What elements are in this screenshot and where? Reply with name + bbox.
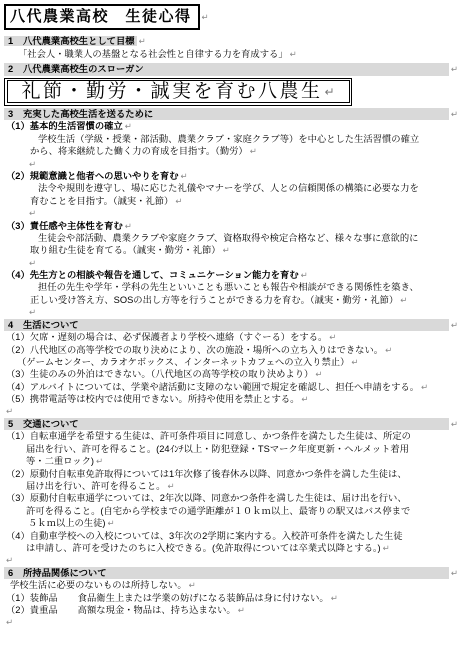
section-heading-bar: 5交通について <box>4 418 449 431</box>
body-text: から、将来継続した働く力の育成を目指す。（勤労） <box>30 146 248 156</box>
body-text: 法令や規則を遵守し、場に応じた礼儀やマナーを学び、人との信頼関係の構築に必要な力… <box>38 183 419 193</box>
paragraph-mark: ↵ <box>107 518 114 528</box>
rule-item: （1）装飾品食品衛生上または学業の妨げになる装飾品は身に付けない。↵ <box>4 592 458 604</box>
item-label: （4） <box>6 270 30 280</box>
paragraph-mark: ↵ <box>6 555 13 565</box>
rule-item: （3）生徒のみの外泊はできない。（八代地区の高等学校の取り決めより）↵ <box>4 368 458 380</box>
rule-text: 欠席・遅刻の場合は、必ず保護者より学校へ連絡（すぐーる）をする。 <box>30 332 328 342</box>
item-label: （2） <box>6 605 30 615</box>
paragraph-mark: ↵ <box>351 357 358 367</box>
paragraph-mark: ↵ <box>238 605 245 615</box>
item-label: （2） <box>6 171 30 181</box>
rule-text: は申請し、許可を受けたのちに入校できる。(免許取得については卒業式以降とする。) <box>26 543 381 553</box>
section-heading-text: 生活について <box>23 320 79 330</box>
paragraph-mark: ↵ <box>139 36 146 46</box>
subitem-heading: （3）責任感や主体性を育む↵ <box>4 220 458 232</box>
paragraph-mark: ↵ <box>96 456 103 466</box>
rule-item: （5）携帯電話等は校内では使用できない。所持や使用を禁止とする。↵ <box>4 393 458 405</box>
rule-text: 届け出を行い、許可を得ること。 <box>26 481 165 491</box>
body-text: 育むことを目指す。（誠実・礼節） <box>30 196 173 206</box>
rule-text: 等・二重ロック) <box>26 456 94 466</box>
rule-text: 生徒のみの外泊はできない。（八代地区の高等学校の取り決めより） <box>30 369 314 379</box>
item-label: （2） <box>6 345 30 355</box>
blank-line: ↵ <box>4 257 458 269</box>
section-heading-text: 所持品関係について <box>23 568 107 578</box>
section-heading-text: 八代農業高校生として目標 <box>23 36 135 46</box>
paragraph-mark: ↵ <box>29 208 36 218</box>
item-category: 貴重品 <box>30 605 58 615</box>
rule-text: 届出を行い、許可を得ること。(24ｲﾝﾁ以上・防犯登録・TSマーク年度更新・ヘル… <box>26 444 409 454</box>
blank-line: ↵ <box>4 554 458 566</box>
body-line: 育むことを目指す。（誠実・礼節）↵ <box>4 195 458 207</box>
rule-text: ５ｋｍ以上の生徒) <box>28 518 105 528</box>
rule-text: 高額な現金・物品は、持ち込まない。 <box>78 605 236 615</box>
paragraph-mark: ↵ <box>301 270 308 280</box>
section-4-heading: 4生活について ↵ <box>4 319 458 332</box>
rule-item-cont: は申請し、許可を受けたのちに入校できる。(免許取得については卒業式以降とする。)… <box>4 542 458 554</box>
section-6-intro: 学校生活に必要のないものは所持しない。↵ <box>4 579 458 591</box>
item-title: 先生方との相談や報告を通して、コミュニケーション能力を育む <box>30 270 299 280</box>
item-label: （1） <box>6 431 30 441</box>
paragraph-mark: ↵ <box>250 146 257 156</box>
body-line: 担任の先生や学年・学科の先生といいことも悪いことも報告や相談ができる関係性を築き… <box>4 281 458 293</box>
rule-text: （ゲームセンター、カラオケボックス、インターネットカフェへの立入り禁止） <box>17 357 349 367</box>
rule-item-cont: 届け出を行い、許可を得ること。↵ <box>4 480 458 492</box>
rule-item-cont: （ゲームセンター、カラオケボックス、インターネットカフェへの立入り禁止）↵ <box>4 356 458 368</box>
paragraph-mark: ↵ <box>223 245 230 255</box>
rule-text: 自動車学校への入校については、3年次の2学期に案内する。入校許可条件を満たした生… <box>30 531 403 541</box>
paragraph-mark: ↵ <box>451 319 458 331</box>
paragraph-mark: ↵ <box>451 63 458 75</box>
paragraph-mark: ↵ <box>383 543 390 553</box>
blank-line: ↵ <box>4 158 458 170</box>
item-label: （3） <box>6 221 30 231</box>
rule-item-cont: ５ｋｍ以上の生徒)↵ <box>4 517 458 529</box>
section-1-body: 「社会人・職業人の基盤となる社会性と自律する力を育成する」↵ <box>4 47 458 62</box>
blank-line: ↵ <box>4 616 458 628</box>
body-text: 正しい受け答え方、SOSの出し方等を行うことができる力を育む。（誠実・勤労・礼節… <box>30 295 398 305</box>
paragraph-mark: ↵ <box>290 49 297 59</box>
section-number: 5 <box>6 418 23 431</box>
rule-text: 携帯電話等は校内では使用できない。所持や使用を禁止とする。 <box>30 394 300 404</box>
body-line: から、将来継続した働く力の育成を目指す。（勤労）↵ <box>4 145 458 157</box>
rule-item-cont: 許可を得ること。(自宅から学校までの通学距離が１０ｋｍ以上、最寄りの駅又はバス停… <box>4 505 458 517</box>
rule-item: （3）原動付自転車通学については、2年次以降、同意かつ条件を満した生徒は、届け出… <box>4 492 458 504</box>
rule-item: （2）原動付自転車免許取得については1年次修了後春休み以降、同意かつ条件を満した… <box>4 468 458 480</box>
body-text: 取り組む生徒を育てる。（誠実・勤労・礼節） <box>30 245 221 255</box>
rule-item: （1）欠席・遅刻の場合は、必ず保護者より学校へ連絡（すぐーる）をする。↵ <box>4 331 458 343</box>
paragraph-mark: ↵ <box>189 580 196 590</box>
rule-item-cont: 届出を行い、許可を得ること。(24ｲﾝﾁ以上・防犯登録・TSマーク年度更新・ヘル… <box>4 443 458 455</box>
item-label: （1） <box>6 332 30 342</box>
paragraph-mark: ↵ <box>385 345 392 355</box>
paragraph-mark: ↵ <box>125 221 132 231</box>
section-6-heading: 6所持品関係について ↵ <box>4 567 458 580</box>
paragraph-mark: ↵ <box>301 394 308 404</box>
rule-text: 原動付自転車通学については、2年次以降、同意かつ条件を満した生徒は、届け出を行い… <box>30 493 407 503</box>
paragraph-mark: ↵ <box>324 86 334 98</box>
rule-text: 学校生活に必要のないものは所持しない。 <box>10 580 187 590</box>
item-label: （4） <box>6 531 30 541</box>
body-text: 生徒会や部活動、農業クラブや家庭クラブ、資格取得や検定合格など、様々な事に意欲的… <box>38 233 418 243</box>
section-number: 6 <box>6 567 23 580</box>
paragraph-mark: ↵ <box>125 121 132 131</box>
paragraph-mark: ↵ <box>451 418 458 430</box>
rule-text: 原動付自転車免許取得については1年次修了後春休み以降、同意かつ条件を満した生徒は… <box>30 469 407 479</box>
section-heading-text: 交通について <box>23 419 79 429</box>
paragraph-mark: ↵ <box>421 382 428 392</box>
section-heading-text: 八代農業高校生のスローガン <box>23 64 144 74</box>
item-title: 基本的生活習慣の確立 <box>30 121 123 131</box>
body-line: 法令や規則を遵守し、場に応じた礼儀やマナーを学び、人との信頼関係の構築に必要な力… <box>4 182 458 194</box>
paragraph-mark: ↵ <box>400 295 407 305</box>
section-5-heading: 5交通について ↵ <box>4 418 458 431</box>
item-title: 責任感や主体性を育む <box>30 221 123 231</box>
subitem-heading: （4）先生方との相談や報告を通して、コミュニケーション能力を育む↵ <box>4 269 458 281</box>
section-heading-bar: 6所持品関係について <box>4 567 449 580</box>
section-2-heading: 2八代農業高校生のスローガン ↵ <box>4 63 458 76</box>
paragraph-mark: ↵ <box>29 159 36 169</box>
rule-item: （2）貴重品高額な現金・物品は、持ち込まない。↵ <box>4 604 458 616</box>
item-label: （4） <box>6 382 30 392</box>
rule-item: （4）自動車学校への入校については、3年次の2学期に案内する。入校許可条件を満た… <box>4 530 458 542</box>
document-page: 八代農業高校 生徒心得 ↵ 1八代農業高校生として目標↵ 「社会人・職業人の基盤… <box>0 0 466 629</box>
rule-text: 八代地区の高等学校での取り決めにより、次の施設・場所への立ち入りはできない。 <box>30 345 383 355</box>
title-line: 八代農業高校 生徒心得 ↵ <box>4 3 458 31</box>
body-text: 学校生活（学級・授業・部活動、農業クラブ・家庭クラブ等）を中心とした生活習慣の確… <box>38 134 419 144</box>
body-line: 学校生活（学級・授業・部活動、農業クラブ・家庭クラブ等）を中心とした生活習慣の確… <box>4 133 458 145</box>
section-number: 2 <box>6 63 23 76</box>
blank-line: ↵ <box>4 405 458 417</box>
rule-text: 自転車通学を希望する生徒は、許可条件項目に同意し、かつ条件を満たした生徒は、所定… <box>30 431 411 441</box>
body-line: 生徒会や部活動、農業クラブや家庭クラブ、資格取得や検定合格など、様々な事に意欲的… <box>4 232 458 244</box>
section-3-heading: 3充実した高校生活を送るために ↵ <box>4 108 458 121</box>
section-heading-bar: 2八代農業高校生のスローガン <box>4 63 449 76</box>
item-label: （3） <box>6 369 30 379</box>
paragraph-mark: ↵ <box>451 567 458 579</box>
paragraph-mark: ↵ <box>29 258 36 268</box>
rule-text: 許可を得ること。(自宅から学校までの通学距離が１０ｋｍ以上、最寄りの駅又はバス停… <box>26 506 410 516</box>
rule-item: （2）八代地区の高等学校での取り決めにより、次の施設・場所への立ち入りはできない… <box>4 344 458 356</box>
section-heading-bar: 3充実した高校生活を送るために <box>4 108 449 121</box>
slogan-line: 礼節・勤労・誠実を育む八農生↵ <box>4 78 458 106</box>
page-title: 八代農業高校 生徒心得 <box>4 4 200 30</box>
section-heading-text: 充実した高校生活を送るために <box>23 109 153 119</box>
item-label: （3） <box>6 493 30 503</box>
section-number: 3 <box>6 108 23 121</box>
blank-line: ↵ <box>4 306 458 318</box>
item-label: （5） <box>6 394 30 404</box>
paragraph-mark: ↵ <box>29 307 36 317</box>
item-label: （2） <box>6 469 30 479</box>
paragraph-mark: ↵ <box>6 406 13 416</box>
section-1-heading: 1八代農業高校生として目標↵ <box>4 35 458 47</box>
goal-text: 「社会人・職業人の基盤となる社会性と自律する力を育成する」 <box>18 49 288 59</box>
paragraph-mark: ↵ <box>6 617 13 627</box>
slogan-box: 礼節・勤労・誠実を育む八農生↵ <box>4 78 352 106</box>
paragraph-mark: ↵ <box>181 171 188 181</box>
rule-item: （4）アルバイトについては、学業や諸活動に支障のない範囲で規定を確認し、担任へ申… <box>4 381 458 393</box>
rule-item-cont: 等・二重ロック)↵ <box>4 455 458 467</box>
paragraph-mark: ↵ <box>331 593 338 603</box>
subitem-heading: （1）基本的生活習慣の確立↵ <box>4 120 458 132</box>
item-category: 装飾品 <box>30 593 58 603</box>
item-label: （1） <box>6 121 30 131</box>
body-line: 正しい受け答え方、SOSの出し方等を行うことができる力を育む。（誠実・勤労・礼節… <box>4 294 458 306</box>
paragraph-mark: ↵ <box>329 332 336 342</box>
item-title: 規範意識と他者への思いやりを育む <box>30 171 179 181</box>
blank-line: ↵ <box>4 207 458 219</box>
paragraph-mark: ↵ <box>202 11 209 23</box>
section-heading-bar: 4生活について <box>4 319 449 332</box>
paragraph-mark: ↵ <box>175 196 182 206</box>
body-text: 担任の先生や学年・学科の先生といいことも悪いことも報告や相談ができる関係性を築き… <box>38 282 419 292</box>
paragraph-mark: ↵ <box>167 481 174 491</box>
paragraph-mark: ↵ <box>451 108 458 120</box>
subitem-heading: （2）規範意識と他者への思いやりを育む↵ <box>4 170 458 182</box>
body-line: 取り組む生徒を育てる。（誠実・勤労・礼節）↵ <box>4 244 458 256</box>
rule-item: （1）自転車通学を希望する生徒は、許可条件項目に同意し、かつ条件を満たした生徒は… <box>4 430 458 442</box>
rule-text: アルバイトについては、学業や諸活動に支障のない範囲で規定を確認し、担任へ申請をす… <box>30 382 419 392</box>
section-number: 1 <box>6 35 23 47</box>
rule-text: 食品衛生上または学業の妨げになる装飾品は身に付けない。 <box>78 593 329 603</box>
slogan-text: 礼節・勤労・誠実を育む八農生 <box>21 82 322 102</box>
paragraph-mark: ↵ <box>315 369 322 379</box>
section-number: 4 <box>6 319 23 332</box>
item-label: （1） <box>6 593 30 603</box>
